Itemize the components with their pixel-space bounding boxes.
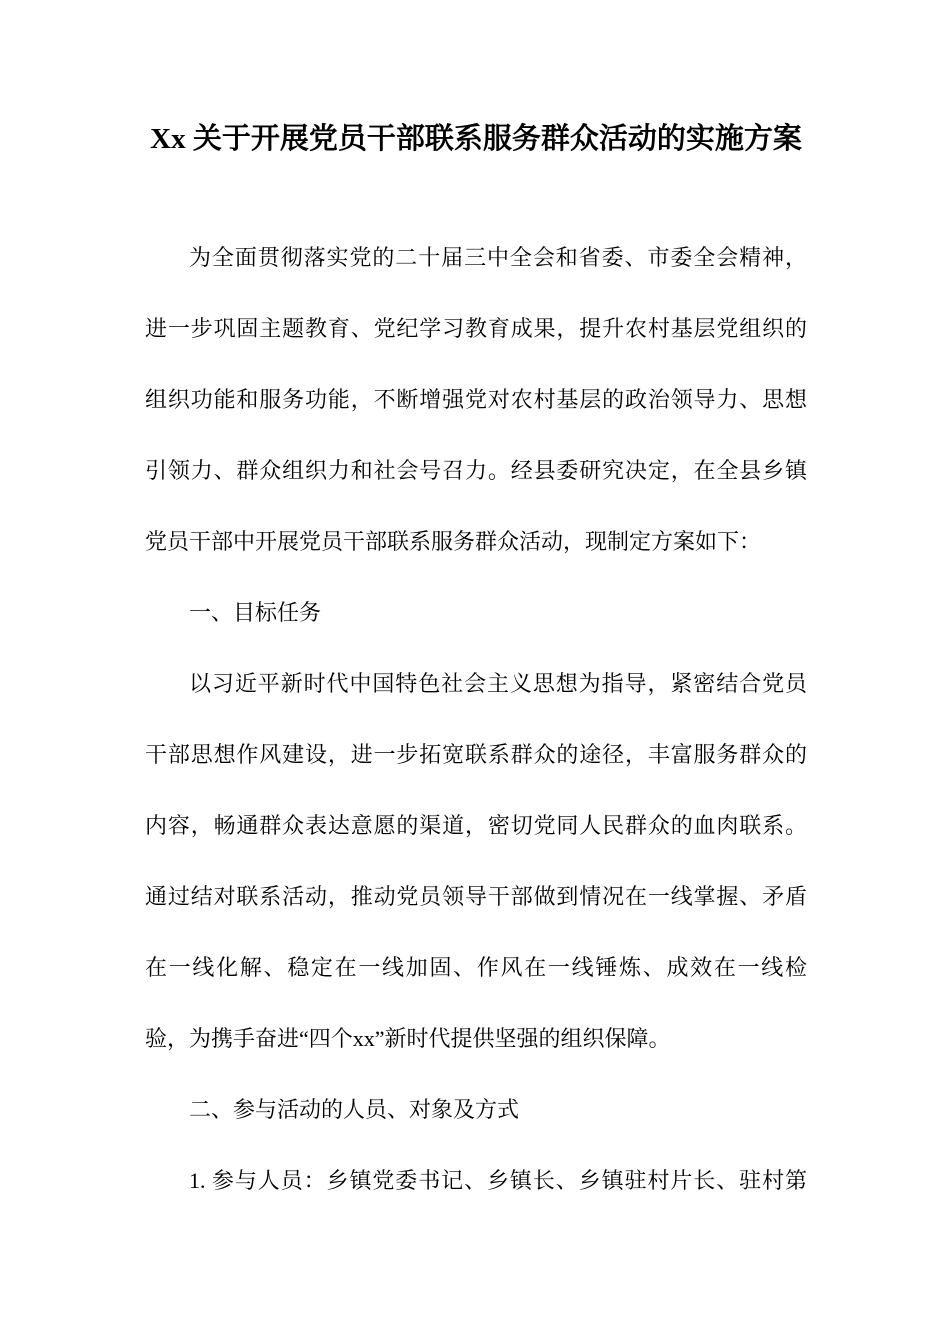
paragraph: 以习近平新时代中国特色社会主义思想为指导，紧密结合党员 干部思想作风建设，进一步… xyxy=(145,648,807,1074)
section-heading: 二、参与活动的人员、对象及方式 xyxy=(145,1074,807,1145)
document-body: 为全面贯彻落实党的二十届三中全会和省委、市委全会精神， 进一步巩固主题教育、党纪… xyxy=(0,222,950,1216)
body-text-line: 1. 参与人员：乡镇党委书记、乡镇长、乡镇驻村片长、驻村第 xyxy=(145,1145,807,1216)
body-text-line: 为全面贯彻落实党的二十届三中全会和省委、市委全会精神， xyxy=(145,222,807,293)
body-text-line: 党员干部中开展党员干部联系服务群众活动，现制定方案如下： xyxy=(145,506,807,577)
body-text-line: 组织功能和服务功能，不断增强党对农村基层的政治领导力、思想 xyxy=(145,364,807,435)
body-text-line: 验，为携手奋进“四个xx”新时代提供坚强的组织保障。 xyxy=(145,1003,807,1074)
body-text-line: 内容，畅通群众表达意愿的渠道，密切党同人民群众的血肉联系。 xyxy=(145,790,807,861)
body-text-line: 通过结对联系活动，推动党员领导干部做到情况在一线掌握、矛盾 xyxy=(145,861,807,932)
body-text-line: 在一线化解、稳定在一线加固、作风在一线锤炼、成效在一线检 xyxy=(145,932,807,1003)
paragraph: 1. 参与人员：乡镇党委书记、乡镇长、乡镇驻村片长、驻村第 xyxy=(145,1145,807,1216)
body-text-line: 以习近平新时代中国特色社会主义思想为指导，紧密结合党员 xyxy=(145,648,807,719)
paragraph: 为全面贯彻落实党的二十届三中全会和省委、市委全会精神， 进一步巩固主题教育、党纪… xyxy=(145,222,807,577)
document-title: Xx 关于开展党员干部联系服务群众活动的实施方案 xyxy=(0,0,950,162)
document-page: Xx 关于开展党员干部联系服务群众活动的实施方案 为全面贯彻落实党的二十届三中全… xyxy=(0,0,950,1344)
body-text-line: 进一步巩固主题教育、党纪学习教育成果，提升农村基层党组织的 xyxy=(145,293,807,364)
section-heading: 一、目标任务 xyxy=(145,577,807,648)
body-text-line: 干部思想作风建设，进一步拓宽联系群众的途径，丰富服务群众的 xyxy=(145,719,807,790)
heading-line: 二、参与活动的人员、对象及方式 xyxy=(145,1074,807,1145)
heading-line: 一、目标任务 xyxy=(145,577,807,648)
body-text-line: 引领力、群众组织力和社会号召力。经县委研究决定，在全县乡镇 xyxy=(145,435,807,506)
